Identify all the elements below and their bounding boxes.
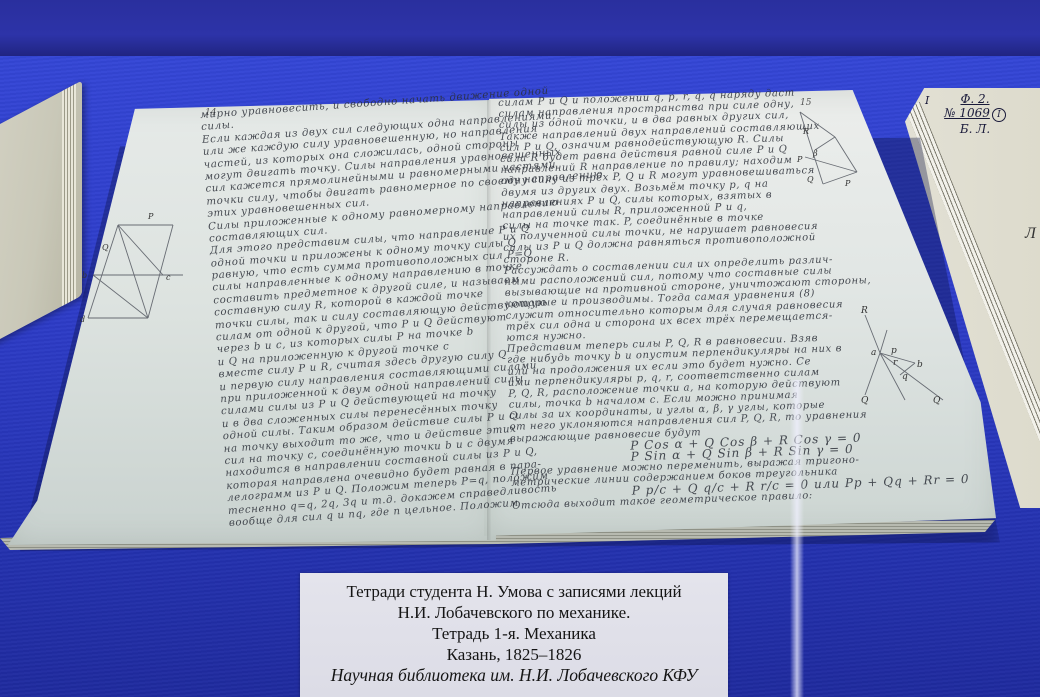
right-bottom-diagram: Rapr bqQQ	[855, 305, 945, 405]
right-page-handwriting: силам P и Q и положении q, p, r, q, q на…	[498, 82, 970, 512]
partial-handwriting-right: Л	[1025, 225, 1036, 243]
caption-line-2: Н.И. Лобачевского по механике.	[300, 602, 728, 623]
svg-text:P: P	[147, 212, 154, 221]
svg-text:β: β	[812, 149, 818, 158]
caption-line-4: Казань, 1825–1826	[300, 644, 728, 665]
display-case-back-wall	[0, 0, 1040, 58]
caption-credit: Научная библиотека им. Н.И. Лобачевского…	[300, 665, 728, 686]
glass-reflection	[790, 380, 804, 697]
caption-line-1: Тетради студента Н. Умова с записями лек…	[300, 573, 728, 602]
archive-sub: Б. Л.	[960, 122, 990, 136]
exhibit-caption-card: Тетради студента Н. Умова с записями лек…	[300, 573, 728, 697]
left-parallelogram-diagram: PQ bdc	[88, 220, 198, 330]
svg-text:R: R	[802, 127, 809, 136]
svg-text:Q: Q	[102, 243, 109, 252]
svg-text:r: r	[893, 358, 898, 368]
svg-text:P: P	[796, 155, 803, 164]
svg-text:q: q	[902, 372, 908, 382]
right-top-diagram: RPβQP	[795, 112, 865, 192]
svg-text:a: a	[871, 348, 876, 358]
svg-text:c: c	[166, 273, 171, 282]
svg-text:Q: Q	[933, 396, 941, 406]
svg-text:b: b	[82, 271, 87, 280]
caption-line-3: Тетрадь 1-я. Механика	[300, 623, 728, 644]
svg-text:P: P	[844, 179, 851, 188]
svg-text:Q: Q	[807, 175, 814, 184]
svg-text:b: b	[917, 360, 923, 370]
svg-text:d: d	[80, 315, 85, 324]
svg-text:R: R	[860, 306, 868, 316]
svg-text:Q: Q	[861, 396, 869, 406]
svg-text:p: p	[891, 346, 897, 356]
archive-circled-mark: I	[992, 108, 1006, 122]
